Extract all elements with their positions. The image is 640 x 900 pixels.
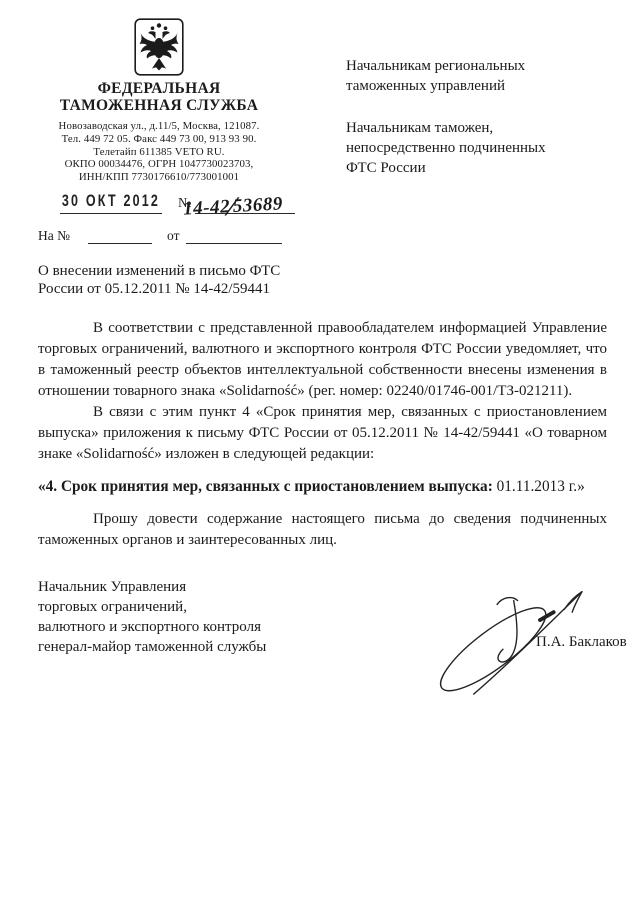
org-name-line1: ФЕДЕРАЛЬНАЯ bbox=[0, 80, 318, 97]
addressee-block-1: Начальникам региональных таможенных упра… bbox=[346, 56, 608, 96]
addressee-line: таможенных управлений bbox=[346, 76, 608, 96]
signer-name: П.А. Баклаков bbox=[536, 632, 627, 652]
addressees: Начальникам региональных таможенных упра… bbox=[346, 18, 608, 298]
org-name: ФЕДЕРАЛЬНАЯ ТАМОЖЕННАЯ СЛУЖБА bbox=[0, 80, 318, 114]
addressee-line: Начальникам таможен, bbox=[346, 118, 608, 138]
amended-clause-bold: «4. Срок принятия мер, связанных с приос… bbox=[38, 478, 493, 495]
outgoing-number-field: 14-42/53689 bbox=[195, 191, 295, 214]
body-paragraph-3: Прошу довести содержание настоящего пись… bbox=[38, 509, 607, 551]
amended-clause-date: 01.11.2013 г.» bbox=[493, 478, 585, 495]
reply-reference-line: На № от bbox=[38, 226, 318, 244]
reply-label: На № bbox=[38, 228, 70, 244]
date-number-line: 30 ОКТ 2012 № 14-42/53689 bbox=[60, 192, 318, 214]
body-paragraph-2: В связи с этим пункт 4 «Срок принятия ме… bbox=[38, 402, 607, 465]
org-name-line2: ТАМОЖЕННАЯ СЛУЖБА bbox=[0, 97, 318, 114]
letterhead: ФЕДЕРАЛЬНАЯ ТАМОЖЕННАЯ СЛУЖБА Новозаводс… bbox=[0, 18, 318, 298]
org-address: Новозаводская ул., д.11/5, Москва, 12108… bbox=[0, 120, 318, 184]
subject-line1: О внесении изменений в письмо ФТС bbox=[38, 262, 318, 280]
address-line: ИНН/КПП 7730176610/773001001 bbox=[0, 171, 318, 184]
subject-block: О внесении изменений в письмо ФТС России… bbox=[38, 262, 318, 298]
address-line: Новозаводская ул., д.11/5, Москва, 12108… bbox=[0, 120, 318, 133]
letter-page: ФЕДЕРАЛЬНАЯ ТАМОЖЕННАЯ СЛУЖБА Новозаводс… bbox=[0, 0, 640, 900]
coat-of-arms-icon bbox=[0, 18, 318, 76]
date-field: 30 ОКТ 2012 bbox=[60, 192, 162, 214]
date-stamp: 30 ОКТ 2012 bbox=[62, 192, 160, 210]
address-line: ОКПО 00034476, ОГРН 1047730023703, bbox=[0, 158, 318, 171]
subject-line2: России от 05.12.2011 № 14-42/59441 bbox=[38, 280, 318, 298]
letter-body: В соответствии с представленной правообл… bbox=[38, 318, 607, 465]
addressee-line: Начальникам региональных bbox=[346, 56, 608, 76]
letter-header: ФЕДЕРАЛЬНАЯ ТАМОЖЕННАЯ СЛУЖБА Новозаводс… bbox=[0, 0, 640, 298]
addressee-line: непосредственно подчиненных bbox=[346, 138, 608, 158]
addressee-line: ФТС России bbox=[346, 158, 608, 178]
address-line: Тел. 449 72 05. Факс 449 73 00, 913 93 9… bbox=[0, 133, 318, 146]
reply-from-label: от bbox=[167, 228, 179, 244]
address-line: Телетайп 611385 VETO RU. bbox=[0, 146, 318, 159]
reply-number-blank bbox=[88, 243, 152, 244]
letter-body-closing: Прошу довести содержание настоящего пись… bbox=[38, 509, 607, 551]
handwritten-outgoing-number: 14-42/53689 bbox=[183, 183, 284, 222]
addressee-block-2: Начальникам таможен, непосредственно под… bbox=[346, 118, 608, 178]
reply-date-blank bbox=[186, 243, 282, 244]
signature-block: Начальник Управления торговых ограничени… bbox=[38, 577, 640, 702]
body-paragraph-1: В соответствии с представленной правообл… bbox=[38, 318, 607, 402]
amended-clause: «4. Срок принятия мер, связанных с приос… bbox=[38, 477, 610, 496]
